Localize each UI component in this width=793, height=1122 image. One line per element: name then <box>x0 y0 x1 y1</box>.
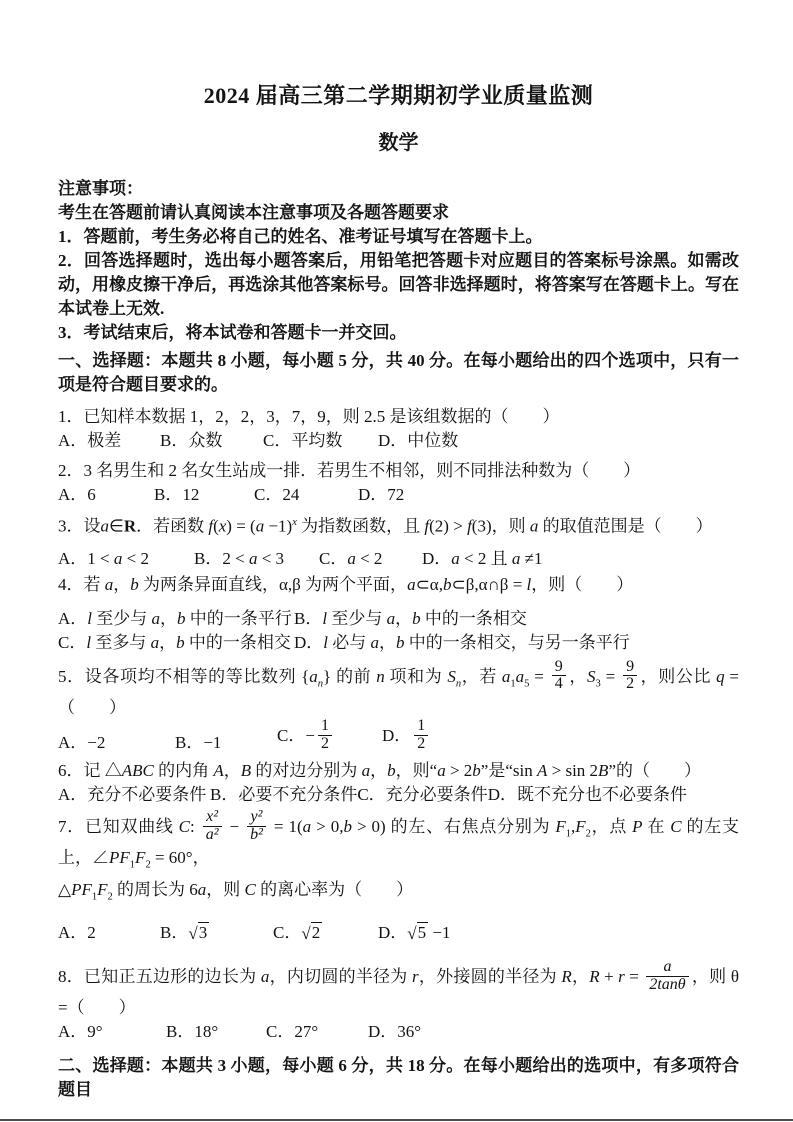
q8-option-a: A．9° <box>58 1020 166 1044</box>
q8-option-c: C．27° <box>266 1020 368 1044</box>
q3-option-b: B．2 < a < 3 <box>194 547 319 571</box>
q1-option-d: D．中位数 <box>378 429 458 453</box>
question-3-options: A．1 < a < 2 B．2 < a < 3 C．a < 2 D．a < 2 … <box>58 547 739 571</box>
q3-option-a: A．1 < a < 2 <box>58 547 194 571</box>
question-3-stem: 3．设a∈R．若函数 f(x) = (a −1)x 为指数函数，且 f(2) >… <box>58 511 739 539</box>
question-7-options: A．2 B．√3 C．√2 D．√5 −1 <box>58 921 739 945</box>
question-4-options-row-2: C．l 至多与 a，b 中的一条相交 D．l 必与 a，b 中的一条相交，与另一… <box>58 631 739 655</box>
exam-paper-page: 2024 届高三第二学期期初学业质量监测 数学 注意事项： 考生在答题前请认真阅… <box>0 0 793 1122</box>
q6-option-c: C．充分必要条件 <box>357 783 487 807</box>
q7-option-a: A．2 <box>58 921 160 945</box>
q5-option-a: A．−2 <box>58 731 175 755</box>
q6-option-b: B．必要不充分条件 <box>210 783 357 807</box>
q3-option-d: D．a < 2 且 a ≠1 <box>422 547 542 571</box>
q6-option-a: A．充分不必要条件 <box>58 783 210 807</box>
q2-option-a: A．6 <box>58 483 154 507</box>
q4-option-d: D．l 必与 a，b 中的一条相交，与另一条平行 <box>294 631 630 655</box>
q5-option-c: C．−12 <box>277 720 382 755</box>
question-6-options: A．充分不必要条件 B．必要不充分条件 C．充分必要条件 D．既不充分也不必要条… <box>58 783 739 807</box>
notice-intro: 考生在答题前请认真阅读本注意事项及各题答题要求 <box>58 201 739 225</box>
notice-item-2: 2．回答选择题时，选出每小题答案后，用铅笔把答题卡对应题目的答案标号涂黑。如需改… <box>58 249 739 321</box>
page-bottom-edge <box>0 1119 793 1121</box>
q2-option-d: D．72 <box>358 483 404 507</box>
question-8-options: A．9° B．18° C．27° D．36° <box>58 1020 739 1044</box>
q1-option-c: C．平均数 <box>263 429 378 453</box>
q5-option-d: D．12 <box>382 720 431 755</box>
notice-item-3: 3．考试结束后，将本试卷和答题卡一并交回。 <box>58 321 739 345</box>
notice-heading: 注意事项： <box>58 177 739 201</box>
question-7-stem: 7．已知双曲线 C: x²a² − y²b² = 1(a > 0,b > 0) … <box>58 811 739 878</box>
q7-option-d: D．√5 −1 <box>378 921 450 945</box>
question-2-stem: 2．3 名男生和 2 名女生站成一排．若男生不相邻，则不同排法种数为（ ） <box>58 459 739 483</box>
section-2-heading: 二、选择题：本题共 3 小题，每小题 6 分，共 18 分。在每小题给出的选项中… <box>58 1054 739 1102</box>
question-6-stem: 6．记 △ABC 的内角 A，B 的对边分别为 a，b，则“a > 2b”是“s… <box>58 759 739 783</box>
question-8-stem: 8．已知正五边形的边长为 a，内切圆的半径为 r，外接圆的半径为 R，R + r… <box>58 961 739 1020</box>
q2-option-b: B．12 <box>154 483 254 507</box>
q7-option-c: C．√2 <box>273 921 378 945</box>
question-5-options: A．−2 B．−1 C．−12 D．12 <box>58 720 739 755</box>
q6-option-d: D．既不充分也不必要条件 <box>488 783 687 807</box>
q5-option-b: B．−1 <box>175 731 277 755</box>
q1-option-a: A．极差 <box>58 429 160 453</box>
q4-option-b: B．l 至少与 a，b 中的一条相交 <box>294 607 527 631</box>
notice-item-1: 1．答题前，考生务必将自己的姓名、准考证号填写在答题卡上。 <box>58 225 739 249</box>
question-5-stem: 5．设各项均不相等的等比数列 {an} 的前 n 项和为 Sn，若 a1a5 =… <box>58 661 739 721</box>
q3-option-c: C．a < 2 <box>319 547 422 571</box>
question-7-stem-line-2: △PF1F2 的周长为 6a，则 C 的离心率为（ ） <box>58 878 739 909</box>
q4-option-c: C．l 至多与 a，b 中的一条相交 <box>58 631 294 655</box>
q8-option-d: D．36° <box>368 1020 421 1044</box>
question-1-stem: 1．已知样本数据 1，2，2，3，7，9，则 2.5 是该组数据的（ ） <box>58 405 739 429</box>
section-1-heading: 一、选择题：本题共 8 小题，每小题 5 分，共 40 分。在每小题给出的四个选… <box>58 349 739 397</box>
paper-subject: 数学 <box>58 131 739 155</box>
q8-option-b: B．18° <box>166 1020 266 1044</box>
q7-option-b: B．√3 <box>160 921 273 945</box>
paper-title: 2024 届高三第二学期期初学业质量监测 <box>58 84 739 108</box>
q2-option-c: C．24 <box>254 483 358 507</box>
question-4-stem: 4．若 a，b 为两条异面直线，α,β 为两个平面，a⊂α,b⊂β,α∩β = … <box>58 573 739 597</box>
question-2-options: A．6 B．12 C．24 D．72 <box>58 483 739 507</box>
q1-option-b: B．众数 <box>160 429 263 453</box>
q4-option-a: A．l 至少与 a，b 中的一条平行 <box>58 607 294 631</box>
question-4-options-row-1: A．l 至少与 a，b 中的一条平行 B．l 至少与 a，b 中的一条相交 <box>58 607 739 631</box>
question-1-options: A．极差 B．众数 C．平均数 D．中位数 <box>58 429 739 453</box>
